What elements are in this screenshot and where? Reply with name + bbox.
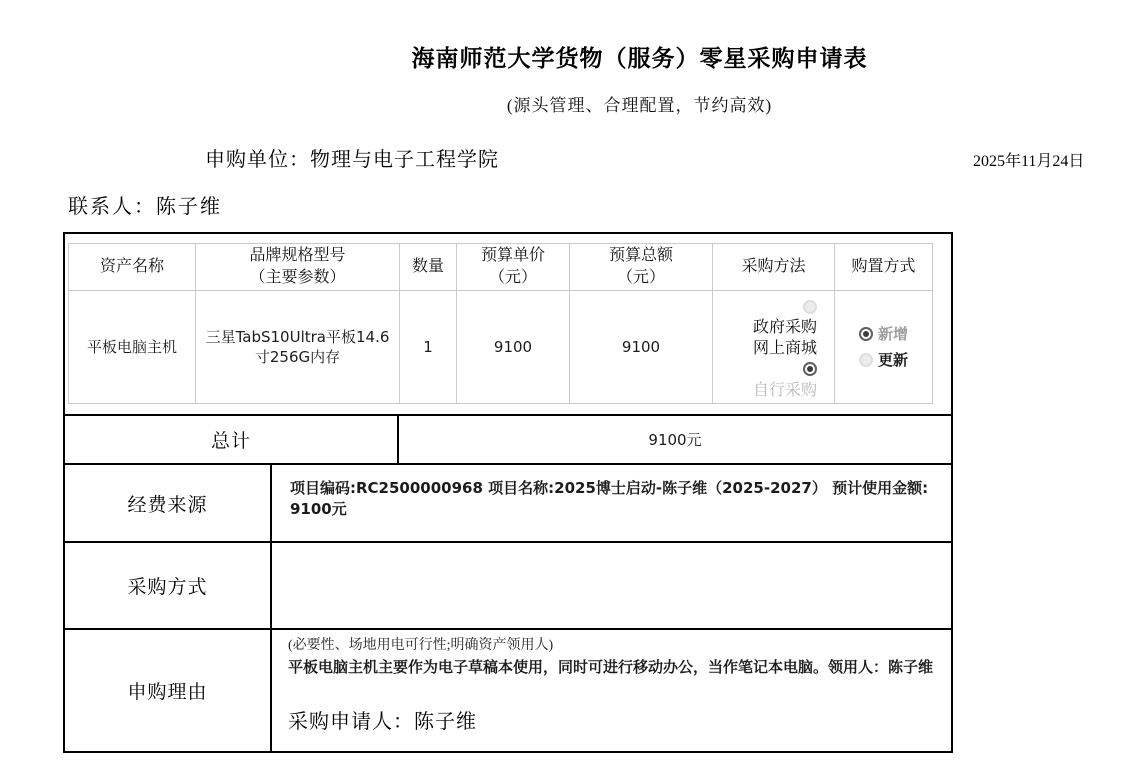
page-title: 海南师范大学货物（服务）零星采购申请表: [140, 40, 1139, 73]
cell-quantity: 1: [400, 291, 457, 404]
new-label: 新增: [878, 324, 908, 344]
gov-mall-label: 政府采购 网上商城: [753, 317, 817, 359]
cell-procurement-method: 政府采购 网上商城 自行采购: [713, 291, 835, 404]
procurement-application-form: 海南师范大学货物（服务）零星采购申请表 (源头管理、合理配置，节约高效) 申购单…: [0, 0, 1139, 781]
header-procurement-method: 采购方法: [713, 244, 835, 291]
purchase-type-new-option[interactable]: 新增: [859, 324, 908, 344]
total-label: 总计: [65, 416, 399, 463]
self-procure-radio[interactable]: [803, 362, 817, 376]
total-value: 9100元: [399, 416, 951, 463]
applying-unit: 申购单位：物理与电子工程学院: [205, 143, 499, 172]
funding-source-row: 经费来源 项目编码:RC2500000968 项目名称:2025博士启动-陈子维…: [63, 463, 953, 543]
item-section: 资产名称 品牌规格型号 （主要参数） 数量 预算单价 （元） 预算总额 （元） …: [63, 232, 953, 416]
procurement-mode-label: 采购方式: [65, 543, 272, 628]
purchase-type-update-option[interactable]: 更新: [859, 350, 908, 370]
application-date: 2025年11月24日: [973, 148, 1084, 171]
contact-person: 联系人：陈子维: [68, 190, 222, 219]
header-unit-price: 预算单价 （元）: [457, 244, 570, 291]
funding-source-content-cell: 项目编码:RC2500000968 项目名称:2025博士启动-陈子维（2025…: [272, 465, 951, 541]
procurement-mode-row: 采购方式: [63, 541, 953, 630]
total-row: 总计 9100元: [63, 414, 953, 465]
form-body: 资产名称 品牌规格型号 （主要参数） 数量 预算单价 （元） 预算总额 （元） …: [63, 232, 953, 753]
self-procure-label: 自行采购: [753, 380, 817, 401]
header-asset-name: 资产名称: [69, 244, 196, 291]
header-quantity: 数量: [400, 244, 457, 291]
reason-row: 申购理由 (必要性、场地用电可行性;明确资产领用人) 平板电脑主机主要作为电子草…: [63, 628, 953, 753]
item-table: 资产名称 品牌规格型号 （主要参数） 数量 预算单价 （元） 预算总额 （元） …: [68, 243, 933, 404]
update-radio[interactable]: [859, 353, 873, 367]
cell-asset-name: 平板电脑主机: [69, 291, 196, 404]
reason-label: 申购理由: [65, 630, 272, 751]
reason-content-cell: (必要性、场地用电可行性;明确资产领用人) 平板电脑主机主要作为电子草稿本使用，…: [272, 630, 951, 751]
cell-purchase-type: 新增 更新: [835, 291, 933, 404]
cell-spec: 三星TabS10Ultra平板14.6寸256G内存: [196, 291, 400, 404]
procurement-method-options: 政府采购 网上商城 自行采购: [717, 291, 830, 403]
header-spec: 品牌规格型号 （主要参数）: [196, 244, 400, 291]
gov-mall-radio[interactable]: [803, 300, 817, 314]
funding-source-label: 经费来源: [65, 465, 272, 541]
purchase-type-options: 新增 更新: [839, 324, 928, 370]
cell-unit-price: 9100: [457, 291, 570, 404]
reason-hint: (必要性、场地用电可行性;明确资产领用人): [288, 636, 941, 656]
reason-text: 平板电脑主机主要作为电子草稿本使用，同时可进行移动办公，当作笔记本电脑。领用人：…: [288, 657, 941, 679]
applicant-line: 采购申请人：陈子维: [288, 705, 941, 734]
item-table-row: 平板电脑主机 三星TabS10Ultra平板14.6寸256G内存 1 9100…: [69, 291, 933, 404]
procurement-mode-content-cell: [272, 543, 951, 628]
page-subtitle: (源头管理、合理配置，节约高效): [140, 91, 1139, 116]
funding-source-text: 项目编码:RC2500000968 项目名称:2025博士启动-陈子维（2025…: [272, 465, 951, 520]
cell-total-price: 9100: [570, 291, 713, 404]
update-label: 更新: [878, 350, 908, 370]
header-purchase-type: 购置方式: [835, 244, 933, 291]
header-total-price: 预算总额 （元）: [570, 244, 713, 291]
item-table-header-row: 资产名称 品牌规格型号 （主要参数） 数量 预算单价 （元） 预算总额 （元） …: [69, 244, 933, 291]
new-radio[interactable]: [859, 327, 873, 341]
